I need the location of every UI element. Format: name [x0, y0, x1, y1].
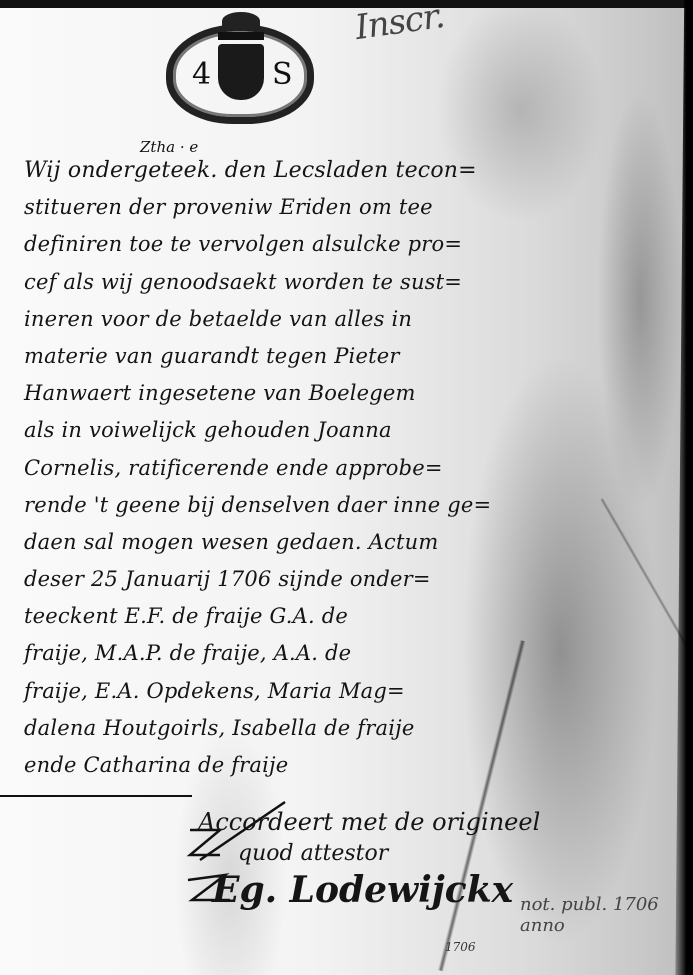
body-line-text: materie van guarandt tegen Pieter: [24, 344, 400, 368]
crown-icon: [218, 12, 264, 40]
body-line-text: dalena Houtgoirls, Isabella de fraije: [24, 716, 414, 740]
body-line: stitueren der proveniw Eriden om tee: [24, 189, 664, 226]
body-line: ende Catharina de fraije: [24, 747, 664, 784]
body-line: cef als wij genoodsaekt worden te sust=: [24, 264, 664, 301]
body-line-date: deser 25 Januarij 1706 sijnde onder=: [24, 561, 664, 598]
body-line-text: ineren voor de betaelde van alles in: [24, 307, 412, 331]
attestation-line-2: quod attestor: [238, 841, 670, 867]
body-line-text: stitueren der proveniw Eriden om tee: [24, 195, 433, 219]
body-line-text: deser 25 Januarij 1706 sijnde onder=: [24, 567, 431, 591]
attestation-line-1: Accordeert met de origineel: [198, 808, 670, 837]
stamp-left-digit: 4: [192, 60, 211, 90]
body-line-text: definiren toe te vervolgen alsulcke pro=: [24, 232, 462, 256]
body-line-text: Hanwaert ingesetene van Boelegem: [24, 381, 416, 405]
body-line: Cornelis, ratificerende ende approbe=: [24, 450, 664, 487]
document-page: 4 S Ztha · e Inscr. Wij ondergeteek. den…: [0, 0, 693, 975]
body-line-text: daen sal mogen wesen gedaen. Actum: [24, 530, 438, 554]
body-line-text: rende 't geene bij denselven daer inne g…: [24, 493, 491, 517]
body-line: Wij ondergeteek. den Lecsladen tecon=: [24, 152, 664, 189]
body-line: rende 't geene bij denselven daer inne g…: [24, 487, 664, 524]
body-line-text: cef als wij genoodsaekt worden te sust=: [24, 270, 462, 294]
closing-rule-line: [0, 795, 192, 797]
body-line-text: Wij ondergeteek. den Lecsladen tecon=: [24, 158, 477, 183]
body-line: materie van guarandt tegen Pieter: [24, 338, 664, 375]
body-line: ineren voor de betaelde van alles in: [24, 301, 664, 338]
body-line: definiren toe te vervolgen alsulcke pro=: [24, 226, 664, 263]
tax-stamp: 4 S Ztha · e: [160, 4, 320, 132]
body-line-text: ende Catharina de fraije: [24, 753, 288, 777]
body-line-text: fraije, M.A.P. de fraije, A.A. de: [24, 641, 351, 665]
body-line: als in voiwelijck gehouden Joanna: [24, 412, 664, 449]
body-line: dalena Houtgoirls, Isabella de fraije: [24, 710, 664, 747]
body-line: daen sal mogen wesen gedaen. Actum: [24, 524, 664, 561]
body-line-text: teeckent E.F. de fraije G.A. de: [24, 604, 348, 628]
handwritten-body: Wij ondergeteek. den Lecsladen tecon= st…: [24, 152, 664, 784]
signature-year: 1706: [445, 940, 476, 954]
body-line: Hanwaert ingesetene van Boelegem: [24, 375, 664, 412]
body-line-text: Cornelis, ratificerende ende approbe=: [24, 456, 443, 480]
lion-shield-icon: [218, 44, 264, 100]
body-line-text: fraije, E.A. Opdekens, Maria Mag=: [24, 679, 405, 703]
body-line: fraije, E.A. Opdekens, Maria Mag=: [24, 673, 664, 710]
body-line-text: als in voiwelijck gehouden Joanna: [24, 418, 392, 442]
signature-suffix: not. publ. 1706 anno: [520, 894, 670, 936]
attestation-block: Accordeert met de origineel quod attesto…: [190, 808, 670, 912]
body-line: fraije, M.A.P. de fraije, A.A. de: [24, 635, 664, 672]
body-line: teeckent E.F. de fraije G.A. de: [24, 598, 664, 635]
stamp-right-digit: S: [272, 60, 293, 90]
scan-border-top: [0, 0, 693, 8]
